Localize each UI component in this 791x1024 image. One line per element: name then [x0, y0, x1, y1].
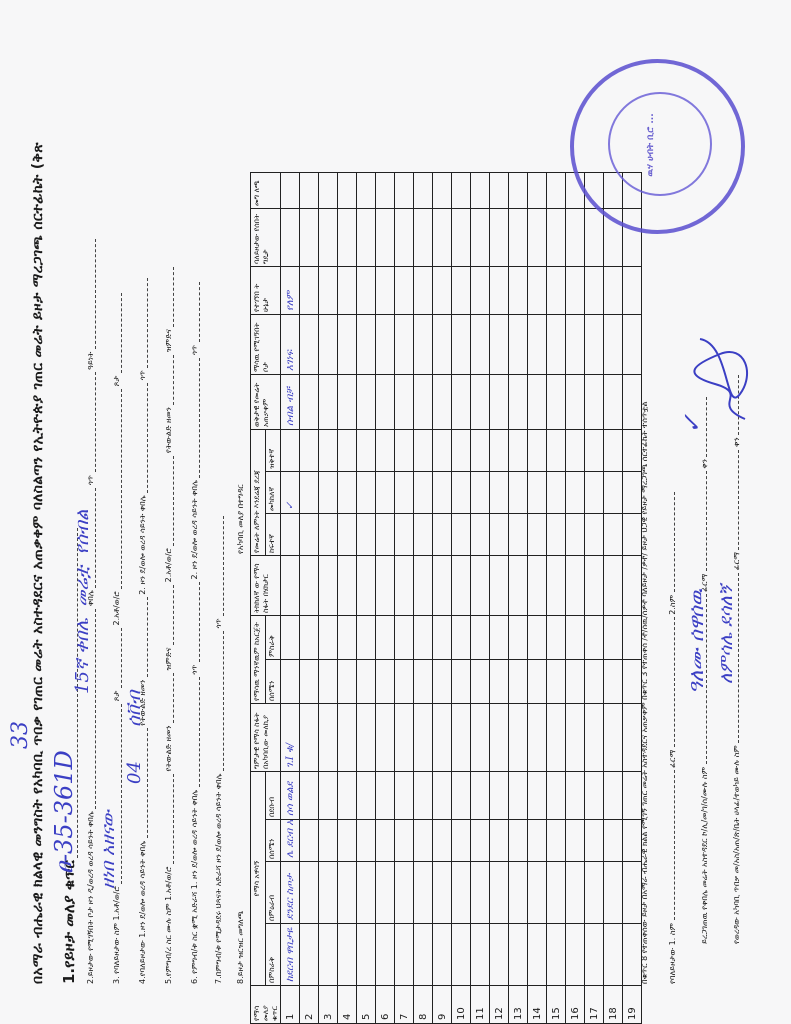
cell-remarks: [433, 173, 452, 209]
cell-north: [338, 820, 357, 862]
cell-irrigation: [452, 267, 471, 315]
cell-witness: [471, 315, 490, 375]
cell-medium: [300, 472, 319, 514]
cell-medium: [433, 472, 452, 514]
cell-land-use: [433, 375, 452, 430]
col-owner-sign: ባለይዞታው የሰበት ግዴታ: [251, 209, 281, 267]
cell-east: [433, 924, 452, 986]
cell-medium: [547, 472, 566, 514]
cell-west: [338, 862, 357, 924]
table-row: 10: [452, 0, 471, 1024]
cell-medium: [395, 472, 414, 514]
col-fertility-medium: መካከለኛ: [266, 472, 281, 514]
cell-south: [585, 772, 604, 820]
parcel-id-value: ፀ-35-361D: [50, 750, 78, 874]
table-row: 13: [509, 0, 528, 1024]
cell-high: [452, 514, 471, 556]
row-number: 17: [585, 986, 604, 1024]
cell-low: [509, 430, 528, 472]
cell-measured-north: [509, 660, 528, 704]
cell-irrigation: [585, 267, 604, 315]
cell-remarks: [338, 173, 357, 209]
row-number: 10: [452, 986, 471, 1024]
cell-low: [395, 430, 414, 472]
cell-witness: [357, 315, 376, 375]
cell-measured-north: [376, 660, 395, 704]
cell-irrigation: [528, 267, 547, 315]
cell-irrigation: [509, 267, 528, 315]
cell-south: [395, 772, 414, 820]
cell-witness: [528, 315, 547, 375]
cell-area: [623, 704, 642, 772]
cell-area: [604, 704, 623, 772]
cell-measured-east: [471, 616, 490, 660]
cell-high: [281, 514, 300, 556]
cell-irrigation: [376, 267, 395, 315]
cell-accurate: [414, 556, 433, 616]
cell-witness: [338, 315, 357, 375]
cell-land-use: [319, 375, 338, 430]
cell-north: [319, 820, 338, 862]
cell-measured-north: [357, 660, 376, 704]
cell-east: [319, 924, 338, 986]
cell-low: [300, 430, 319, 472]
cell-remarks: [395, 173, 414, 209]
cell-remarks: [547, 173, 566, 209]
table-row: 5: [357, 0, 376, 1024]
cell-low: [490, 430, 509, 472]
row-number: 3: [319, 986, 338, 1024]
col-south: በደቡብ: [266, 772, 281, 820]
cell-witness: [300, 315, 319, 375]
cell-measured-east: [319, 616, 338, 660]
form-title: በአማራ ብሔራዊ ክልላዊ መንግስት የአካባቢ ጥበቃ የገጠር መሬት …: [30, 4, 46, 984]
cell-land-use: [395, 375, 414, 430]
cell-medium: [566, 472, 585, 514]
cell-accurate: [566, 556, 585, 616]
cell-irrigation: [319, 267, 338, 315]
cell-low: [357, 430, 376, 472]
cell-measured-east: [452, 616, 471, 660]
cell-medium: [471, 472, 490, 514]
cell-high: [528, 514, 547, 556]
cell-high: [547, 514, 566, 556]
cell-high: [566, 514, 585, 556]
cell-owner-sign: [319, 209, 338, 267]
cell-measured-north: [604, 660, 623, 704]
cell-area: [471, 704, 490, 772]
cell-remarks: [471, 173, 490, 209]
cell-owner-sign: [528, 209, 547, 267]
col-accurate-area: ትክክለኛ ው የማሳ ስፋት በሄክታር: [251, 556, 281, 616]
cell-accurate: [357, 556, 376, 616]
cell-accurate: [281, 556, 300, 616]
cell-measured-north: [547, 660, 566, 704]
holder-name-value: ዘነበ አዘናው: [98, 810, 119, 889]
cell-owner-sign: [376, 209, 395, 267]
cell-accurate: [585, 556, 604, 616]
cell-irrigation: [414, 267, 433, 315]
cell-measured-north: [585, 660, 604, 704]
cell-irrigation: [547, 267, 566, 315]
table-row: 12: [490, 0, 509, 1024]
cell-remarks: [414, 173, 433, 209]
cell-medium: [509, 472, 528, 514]
cell-remarks: [319, 173, 338, 209]
row-number: 8: [414, 986, 433, 1024]
cell-measured-east: [566, 616, 585, 660]
cell-irrigation: የለም: [281, 267, 300, 315]
cell-land-use: [509, 375, 528, 430]
cell-high: [338, 514, 357, 556]
cell-irrigation: [566, 267, 585, 315]
cell-measured-north: [319, 660, 338, 704]
row-number: 12: [490, 986, 509, 1024]
certification-statement: በቁጥር 8 የተጠቀሰው ይዞታ በአማራ ብሔራዊ ክልል የሚገኝ ገጠር…: [640, 401, 650, 984]
cell-north: [566, 820, 585, 862]
cell-irrigation: [357, 267, 376, 315]
row-number: 13: [509, 986, 528, 1024]
cell-accurate: [452, 556, 471, 616]
cell-measured-east: [338, 616, 357, 660]
cell-south: [509, 772, 528, 820]
cell-south: [623, 772, 642, 820]
table-row: 6: [376, 0, 395, 1024]
col-measured-north: በሰሜን: [266, 660, 281, 704]
cell-low: [281, 430, 300, 472]
cell-medium: [528, 472, 547, 514]
cell-east: [528, 924, 547, 986]
table-row: 14: [528, 0, 547, 1024]
cell-remarks: [490, 173, 509, 209]
cell-measured-east: [414, 616, 433, 660]
cell-high: [395, 514, 414, 556]
land-certificate-form: በአማራ ብሔራዊ ክልላዊ መንግስት የአካባቢ ጥበቃ የገጠር መሬት …: [0, 0, 791, 1024]
cell-owner-sign: [433, 209, 452, 267]
cell-north: [490, 820, 509, 862]
cell-low: [338, 430, 357, 472]
cell-measured-north: [395, 660, 414, 704]
cell-owner-sign: [547, 209, 566, 267]
guardian-address-field: 6. የምግብ/ቱ ስር ቋሚ አድራሻ 1. ዞን ደ/ወሎ ወረዳ ሳይንት…: [190, 282, 200, 984]
cell-accurate: [604, 556, 623, 616]
cell-low: [547, 430, 566, 472]
cell-east: [547, 924, 566, 986]
cell-measured-north: [490, 660, 509, 704]
cell-accurate: [338, 556, 357, 616]
cell-area: [490, 704, 509, 772]
cell-west: ደንደር ስጦታ: [281, 862, 300, 924]
cell-high: [357, 514, 376, 556]
cell-west: [623, 862, 642, 924]
cell-east: [604, 924, 623, 986]
cell-owner-sign: [566, 209, 585, 267]
cell-land-use: [414, 375, 433, 430]
cell-north: [509, 820, 528, 862]
cell-area: [566, 704, 585, 772]
cell-north: [395, 820, 414, 862]
cell-witness: [566, 315, 585, 375]
cell-south: [357, 772, 376, 820]
guardian-name-field: 5.የምግብ/ረ ስር ሙሉ ስም 1.አቶ/ወ/ሮ የትውልድ ዘመን ዝምድ…: [164, 267, 174, 984]
cell-medium: [376, 472, 395, 514]
holder-signature-line: የባለይዞታው 1. ስም ፊርማ 2.ስም: [668, 492, 678, 984]
cell-west: [357, 862, 376, 924]
cell-area: [376, 704, 395, 772]
col-measured-area: የማሳዉ ማንኛዉም ከአርጀት: [251, 616, 266, 704]
cell-north: [300, 820, 319, 862]
cell-area: [433, 704, 452, 772]
cell-south: ሰሳ ወልደ: [281, 772, 300, 820]
cell-land-use: [528, 375, 547, 430]
cell-north: ሌ ደርብ ኢንጂነር: [281, 820, 300, 862]
row-number: 4: [338, 986, 357, 1024]
cell-owner-sign: [585, 209, 604, 267]
cell-south: [471, 772, 490, 820]
cell-north: [452, 820, 471, 862]
section-caption: የአካባቢ መለያ በተግዳር: [236, 484, 246, 554]
cell-east: [585, 924, 604, 986]
cell-measured-east: [300, 616, 319, 660]
table-row: 1ከደርብ ዋቢታዬደንደር ስጦታሌ ደርብ ኢንጂነርሰሳ ወልደገ.I ቁ…: [281, 0, 300, 1024]
cell-medium: ✓: [281, 472, 300, 514]
cell-west: [376, 862, 395, 924]
cell-west: [319, 862, 338, 924]
cell-measured-east: [604, 616, 623, 660]
cell-irrigation: [300, 267, 319, 315]
cell-high: [509, 514, 528, 556]
cell-north: [604, 820, 623, 862]
cell-west: [433, 862, 452, 924]
cell-east: [623, 924, 642, 986]
cell-low: [452, 430, 471, 472]
cell-land-use: [300, 375, 319, 430]
cell-irrigation: [604, 267, 623, 315]
cell-south: [433, 772, 452, 820]
cell-witness: [585, 315, 604, 375]
cell-measured-east: [528, 616, 547, 660]
cell-irrigation: [395, 267, 414, 315]
cell-owner-sign: [414, 209, 433, 267]
cell-south: [547, 772, 566, 820]
col-boundaries: የማሳ አዋሳኝ: [251, 772, 266, 986]
col-east: በምስራቅ: [266, 924, 281, 986]
row-number: 15: [547, 986, 566, 1024]
cell-witness: [490, 315, 509, 375]
cell-south: [319, 772, 338, 820]
table-row: 2: [300, 0, 319, 1024]
cell-east: [395, 924, 414, 986]
row-number: 5: [357, 986, 376, 1024]
cell-east: [566, 924, 585, 986]
cell-high: [300, 514, 319, 556]
cell-west: [604, 862, 623, 924]
cell-medium: [604, 472, 623, 514]
cell-measured-north: [281, 660, 300, 704]
row-number: 11: [471, 986, 490, 1024]
cell-north: [585, 820, 604, 862]
cell-high: [623, 514, 642, 556]
row-number: 14: [528, 986, 547, 1024]
cell-accurate: [376, 556, 395, 616]
cell-owner-sign: [357, 209, 376, 267]
cell-measured-east: [281, 616, 300, 660]
cell-high: [414, 514, 433, 556]
cell-medium: [357, 472, 376, 514]
cell-east: [490, 924, 509, 986]
cell-north: [357, 820, 376, 862]
cell-area: [395, 704, 414, 772]
cell-owner-sign: [471, 209, 490, 267]
cell-measured-east: [433, 616, 452, 660]
cell-owner-sign: [281, 209, 300, 267]
cell-owner-sign: [300, 209, 319, 267]
cell-area: [547, 704, 566, 772]
cell-south: [338, 772, 357, 820]
cell-accurate: [395, 556, 414, 616]
cell-witness: [452, 315, 471, 375]
table-row: 9: [433, 0, 452, 1024]
cell-medium: [490, 472, 509, 514]
holder-address-field: 4.የባለይዞታው 1.ዞን ደ/ወሎ ወረዳ ሳይንት ቀበሌ የትውልድ ዘ…: [138, 278, 148, 984]
cell-land-use: [604, 375, 623, 430]
cell-measured-east: [490, 616, 509, 660]
cell-north: [376, 820, 395, 862]
cell-land-use: [490, 375, 509, 430]
cell-measured-east: [509, 616, 528, 660]
cell-remarks: [281, 173, 300, 209]
cell-west: [490, 862, 509, 924]
cell-east: [357, 924, 376, 986]
cell-high: [490, 514, 509, 556]
cell-witness: [433, 315, 452, 375]
cell-west: [585, 862, 604, 924]
cell-remarks: [509, 173, 528, 209]
cell-medium: [452, 472, 471, 514]
col-estimated-area: ግምታዊ የማሳ ስፋት በአካባቢው መለኪያ: [251, 704, 281, 772]
cell-south: [414, 772, 433, 820]
official-stamp: ዉሃ ሀብት ቢሮ ...: [570, 59, 745, 234]
cell-measured-north: [623, 660, 642, 704]
cell-south: [566, 772, 585, 820]
cell-land-use: [357, 375, 376, 430]
cell-land-use: [471, 375, 490, 430]
cell-owner-sign: [395, 209, 414, 267]
cell-east: [452, 924, 471, 986]
cell-low: [376, 430, 395, 472]
row-number: 16: [566, 986, 585, 1024]
cell-witness: [376, 315, 395, 375]
cell-remarks: [300, 173, 319, 209]
cell-accurate: [509, 556, 528, 616]
cell-area: [357, 704, 376, 772]
cell-south: [300, 772, 319, 820]
cell-north: [528, 820, 547, 862]
cell-land-use: [452, 375, 471, 430]
cell-accurate: [471, 556, 490, 616]
cell-irrigation: [433, 267, 452, 315]
cell-accurate: [623, 556, 642, 616]
cell-high: [319, 514, 338, 556]
cell-measured-north: [528, 660, 547, 704]
cell-south: [490, 772, 509, 820]
col-land-use: ወቅታዊ የመሬት አጠቃቀም: [251, 375, 281, 430]
cell-land-use: ሰብል ብቻ: [281, 375, 300, 430]
cell-land-use: [566, 375, 585, 430]
row-number: 2: [300, 986, 319, 1024]
cell-east: [471, 924, 490, 986]
cell-low: [566, 430, 585, 472]
table-row: 4: [338, 0, 357, 1024]
cell-east: [300, 924, 319, 986]
cell-south: [604, 772, 623, 820]
cell-west: [566, 862, 585, 924]
cell-high: [471, 514, 490, 556]
cell-witness: [604, 315, 623, 375]
table-row: 7: [395, 0, 414, 1024]
cell-measured-north: [452, 660, 471, 704]
cell-measured-east: [585, 616, 604, 660]
cell-west: [395, 862, 414, 924]
cell-witness: [395, 315, 414, 375]
cell-remarks: [452, 173, 471, 209]
cell-measured-north: [338, 660, 357, 704]
cell-irrigation: [338, 267, 357, 315]
cell-high: [604, 514, 623, 556]
cell-east: ከደርብ ዋቢታዬ: [281, 924, 300, 986]
table-row: 8: [414, 0, 433, 1024]
cell-low: [471, 430, 490, 472]
cell-south: [528, 772, 547, 820]
row-number: 18: [604, 986, 623, 1024]
cell-north: [433, 820, 452, 862]
cell-irrigation: [490, 267, 509, 315]
col-fertility-high: ከፍተኛ: [266, 514, 281, 556]
cell-remarks: [528, 173, 547, 209]
cell-low: [604, 430, 623, 472]
cell-area: [528, 704, 547, 772]
cell-area: ገ.I ቁ/: [281, 704, 300, 772]
cell-low: [623, 430, 642, 472]
woreda-officer-name: ለምሳሌ ደሳለኝ: [716, 585, 737, 684]
cell-owner-sign: [490, 209, 509, 267]
cell-east: [376, 924, 395, 986]
cell-west: [452, 862, 471, 924]
cell-low: [433, 430, 452, 472]
cell-high: [433, 514, 452, 556]
cell-area: [300, 704, 319, 772]
cell-measured-north: [300, 660, 319, 704]
holder-address-value: 04 ሰቨብ: [124, 691, 145, 784]
cell-area: [509, 704, 528, 772]
cell-remarks: [376, 173, 395, 209]
cell-measured-north: [433, 660, 452, 704]
cell-south: [452, 772, 471, 820]
cell-irrigation: [623, 267, 642, 315]
cell-west: [414, 862, 433, 924]
col-remarks: መግ ለጫ: [251, 173, 281, 209]
cell-measured-east: [376, 616, 395, 660]
cell-north: [471, 820, 490, 862]
col-fertility-low: ዝቅተኛ: [266, 430, 281, 472]
cell-witness: [509, 315, 528, 375]
cell-west: [471, 862, 490, 924]
cell-accurate: [528, 556, 547, 616]
row-number: 7: [395, 986, 414, 1024]
cell-witness: [623, 315, 642, 375]
kebele-officer-name: ዓለሙ ሰዋሰዉ: [684, 589, 708, 694]
row-number: 9: [433, 986, 452, 1024]
